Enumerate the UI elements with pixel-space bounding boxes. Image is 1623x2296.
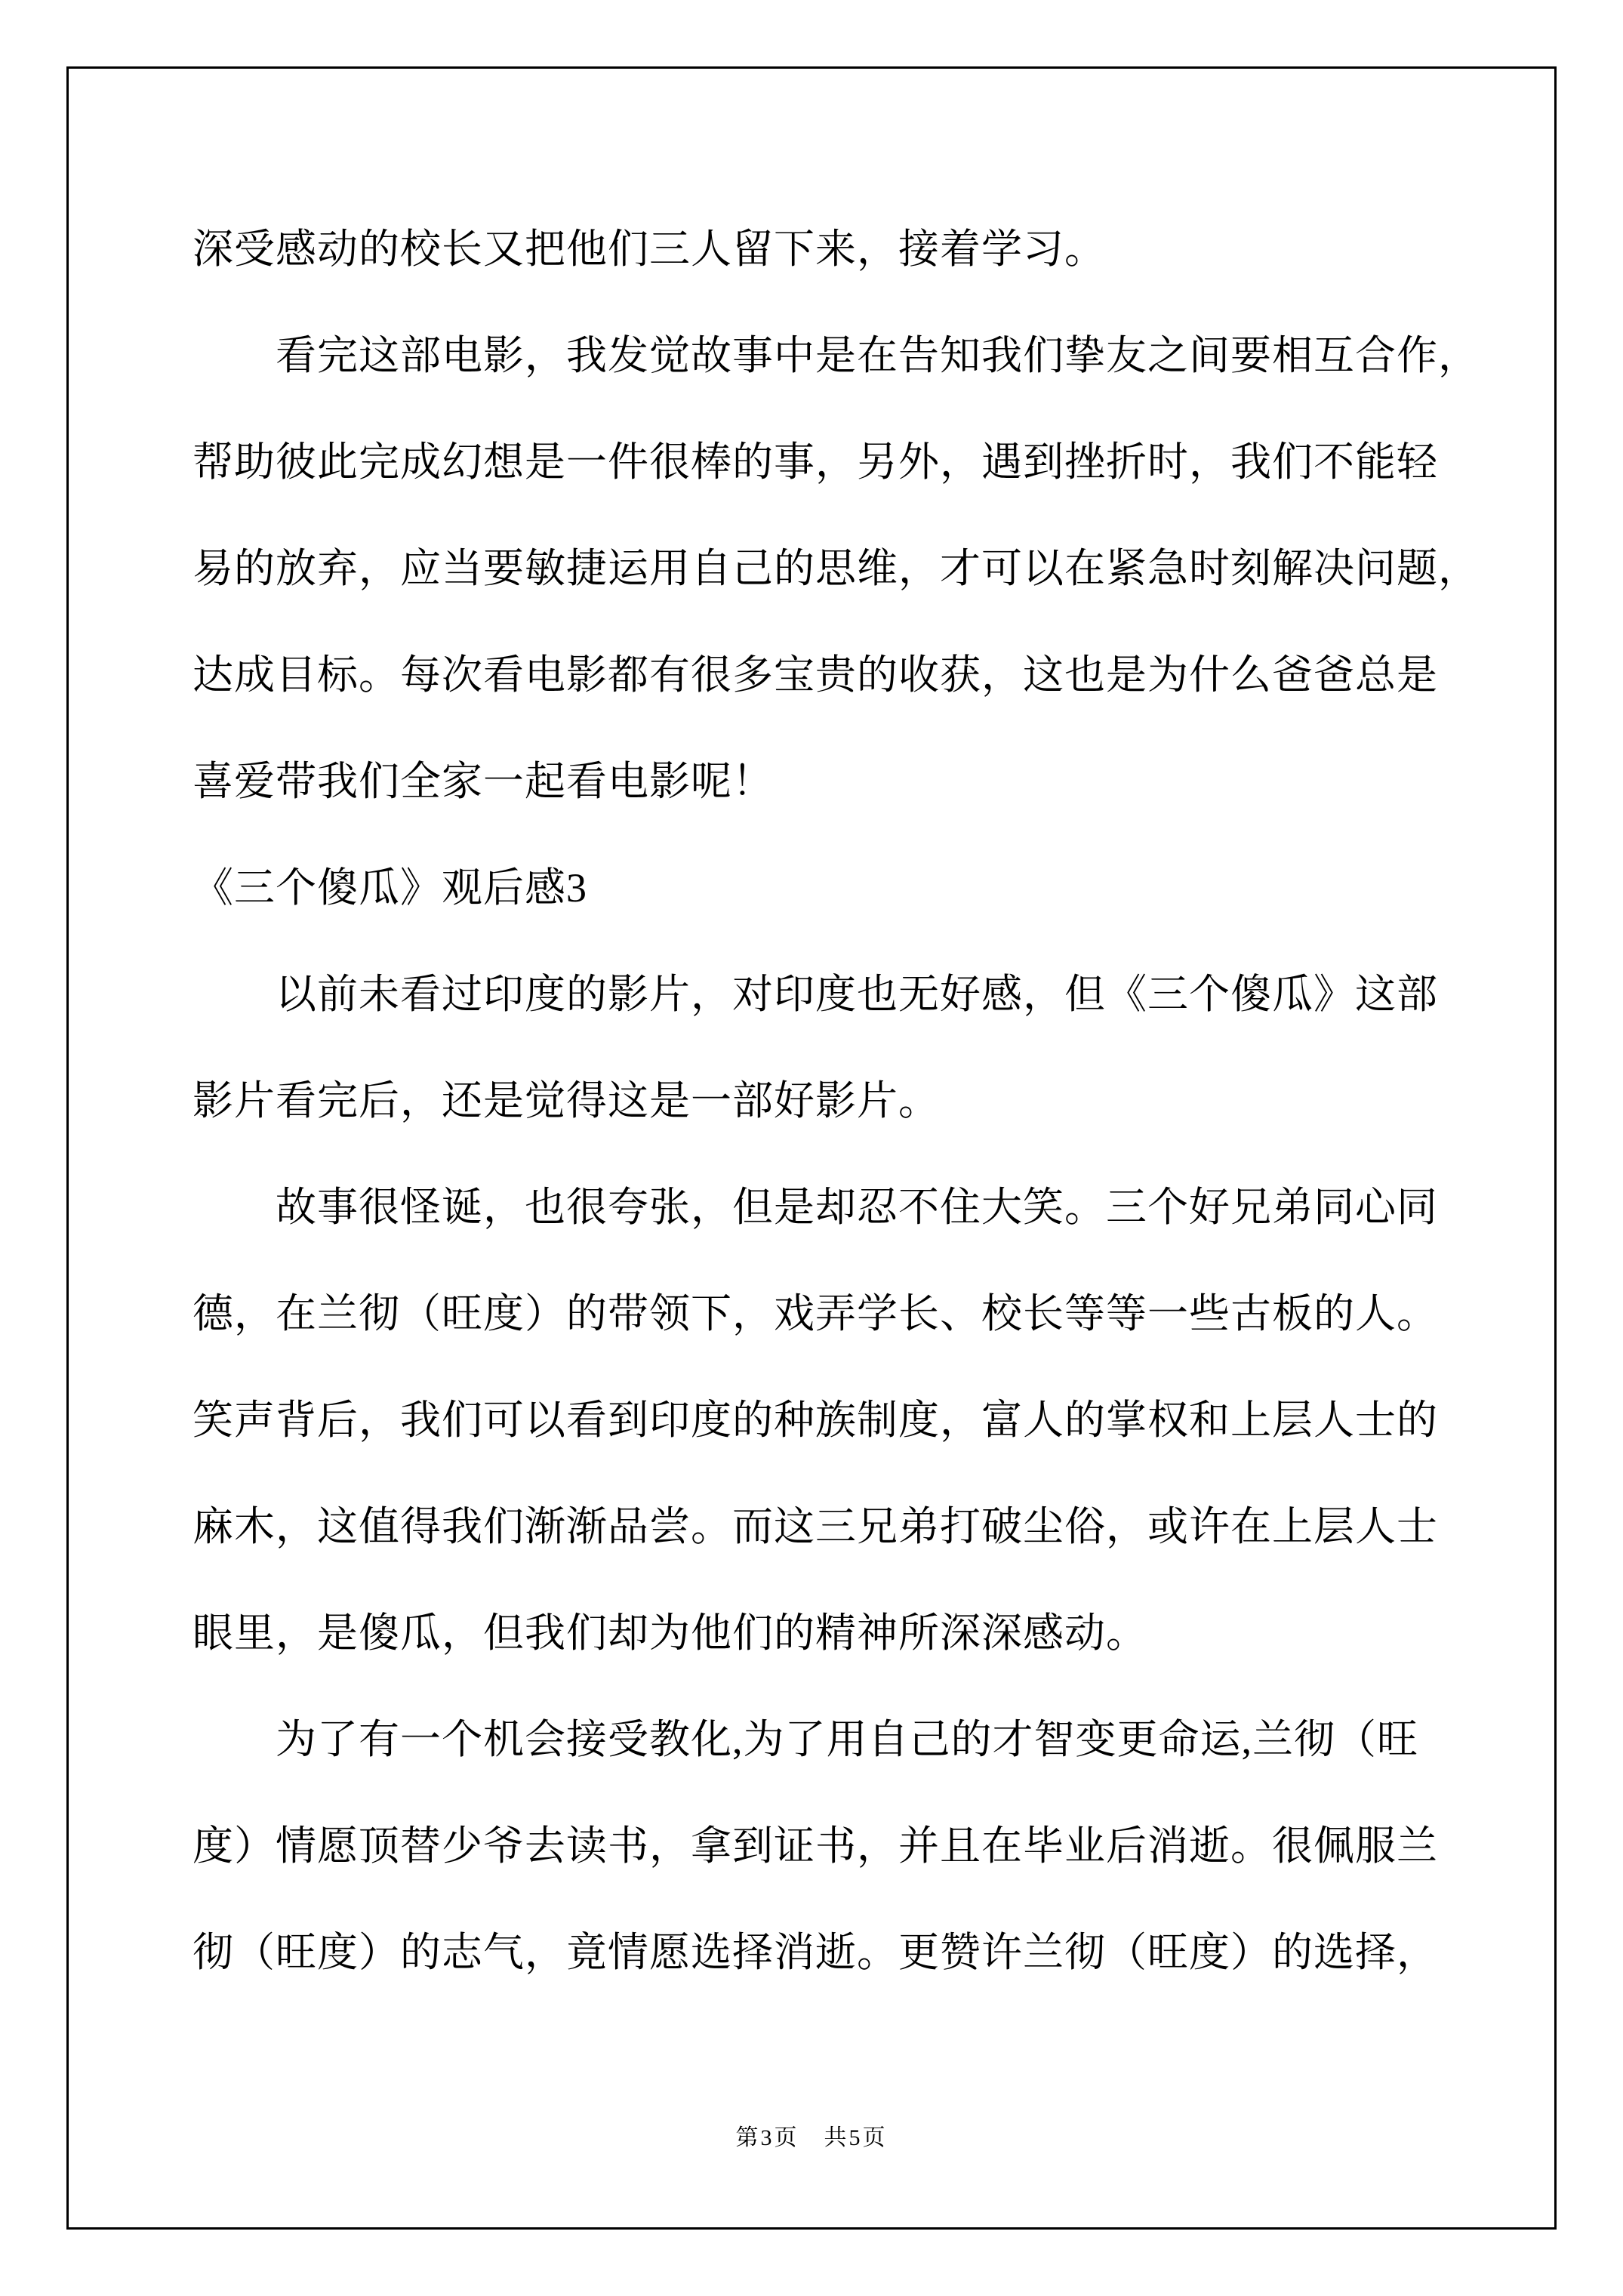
document-page: 深受感动的校长又把他们三人留下来，接着学习。 看完这部电影，我发觉故事中是在告知… (0, 0, 1623, 2296)
text-line: 易的放弃，应当要敏捷运用自己的思维，才可以在紧急时刻解决问题， (192, 516, 1476, 622)
section-heading: 《三个傻瓜》观后感3 (192, 835, 1476, 942)
text-line: 笑声背后，我们可以看到印度的种族制度，富人的掌权和上层人士的 (192, 1367, 1476, 1474)
text-line: 看完这部电影，我发觉故事中是在告知我们挚友之间要相互合作， (192, 303, 1476, 409)
document-body: 深受感动的校长又把他们三人留下来，接着学习。 看完这部电影，我发觉故事中是在告知… (192, 196, 1476, 2006)
text-line: 彻（旺度）的志气，竟情愿选择消逝。更赞许兰彻（旺度）的选择， (192, 1900, 1476, 2006)
text-line: 德，在兰彻（旺度）的带领下，戏弄学长、校长等等一些古板的人。 (192, 1261, 1476, 1367)
text-line: 帮助彼此完成幻想是一件很棒的事，另外，遇到挫折时，我们不能轻 (192, 409, 1476, 516)
text-line: 眼里，是傻瓜，但我们却为他们的精神所深深感动。 (192, 1580, 1476, 1687)
text-line: 喜爱带我们全家一起看电影呢！ (192, 729, 1476, 835)
text-line: 麻木，这值得我们渐渐品尝。而这三兄弟打破尘俗，或许在上层人士 (192, 1474, 1476, 1580)
page-footer: 第3页 共5页 (0, 2119, 1623, 2152)
text-line: 深受感动的校长又把他们三人留下来，接着学习。 (192, 196, 1476, 303)
text-line: 达成目标。每次看电影都有很多宝贵的收获，这也是为什么爸爸总是 (192, 622, 1476, 729)
text-line: 为了有一个机会接受教化,为了用自己的才智变更命运,兰彻（旺 (192, 1687, 1476, 1793)
text-line: 影片看完后，还是觉得这是一部好影片。 (192, 1048, 1476, 1154)
text-line: 以前未看过印度的影片，对印度也无好感，但《三个傻瓜》这部 (192, 942, 1476, 1048)
text-line: 度）情愿顶替少爷去读书，拿到证书，并且在毕业后消逝。很佩服兰 (192, 1793, 1476, 1900)
page-indicator: 第3页 共5页 (736, 2125, 888, 2150)
text-line: 故事很怪诞，也很夸张，但是却忍不住大笑。三个好兄弟同心同 (192, 1154, 1476, 1261)
